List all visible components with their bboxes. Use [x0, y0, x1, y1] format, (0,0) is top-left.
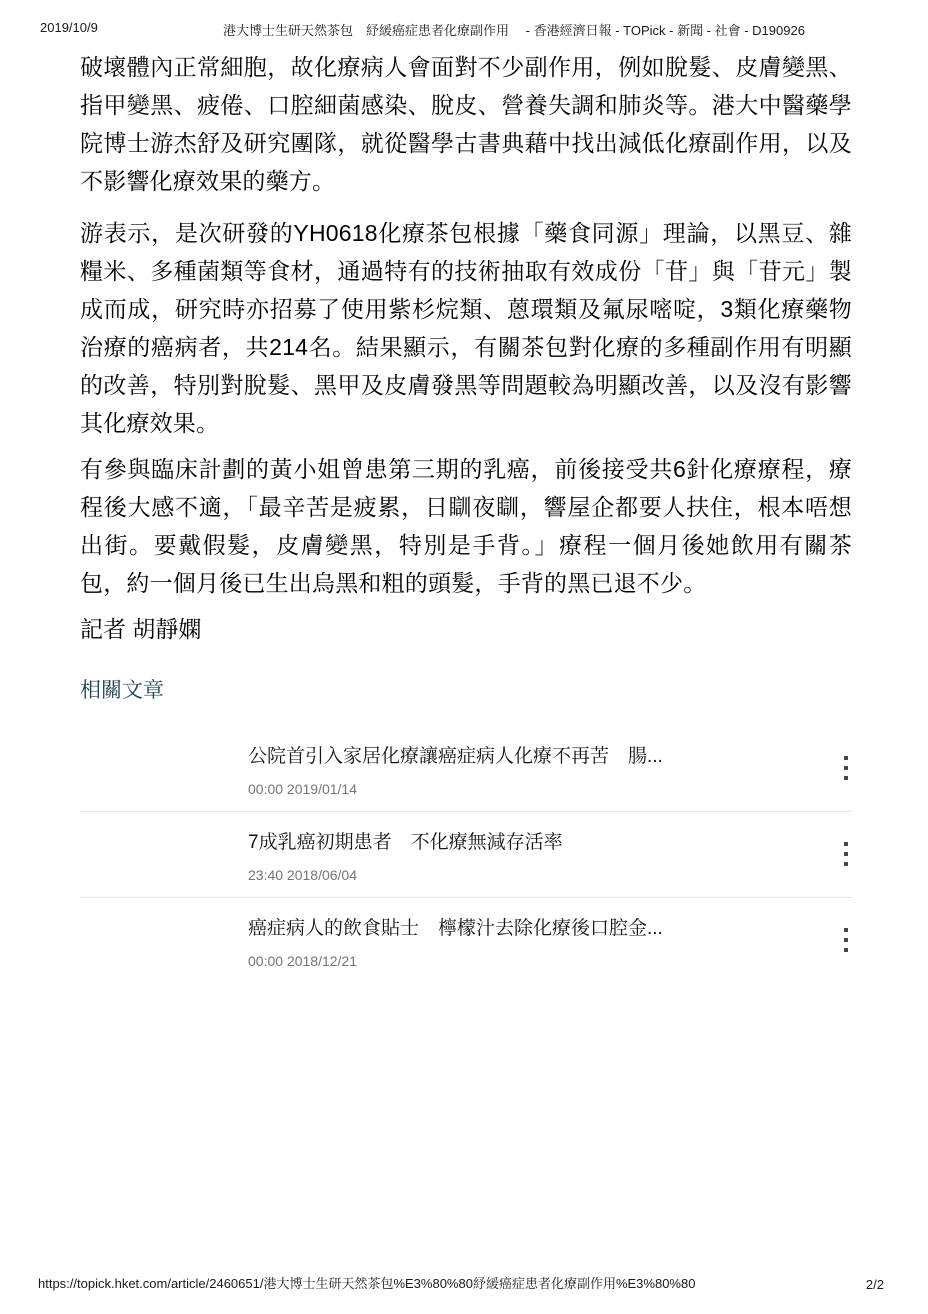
related-item-timestamp: 00:00 2018/12/21	[248, 953, 826, 969]
print-header-title: 港大博士生研天然茶包 紓緩癌症患者化療副作用 - 香港經濟日報 - TOPick…	[110, 20, 918, 39]
related-article-item[interactable]: 癌症病人的飲食貼士 檸檬汁去除化療後口腔金... 00:00 2018/12/2…	[80, 898, 852, 983]
kebab-menu-icon[interactable]	[826, 824, 852, 883]
print-footer-url: https://topick.hket.com/article/2460651/…	[38, 1273, 695, 1292]
related-item-timestamp: 23:40 2018/06/04	[248, 867, 826, 883]
kebab-menu-icon[interactable]	[826, 738, 852, 797]
related-item-title[interactable]: 7成乳癌初期患者 不化療無減存活率	[248, 830, 826, 856]
related-article-item[interactable]: 公院首引入家居化療讓癌症病人化療不再苦 腸... 00:00 2019/01/1…	[80, 726, 852, 812]
article-paragraph-2: 游表示，是次研發的YH0618化療茶包根據「藥食同源」理論，以黑豆、雜糧米、多種…	[80, 214, 852, 442]
related-item-timestamp: 00:00 2019/01/14	[248, 781, 826, 797]
related-item-content: 公院首引入家居化療讓癌症病人化療不再苦 腸... 00:00 2019/01/1…	[248, 738, 826, 797]
related-articles-heading: 相關文章	[80, 674, 164, 704]
related-item-title[interactable]: 公院首引入家居化療讓癌症病人化療不再苦 腸...	[248, 744, 826, 770]
related-item-title[interactable]: 癌症病人的飲食貼士 檸檬汁去除化療後口腔金...	[248, 916, 826, 942]
article-byline: 記者 胡靜嫻	[80, 610, 201, 648]
article-paragraph-3: 有參與臨床計劃的黃小姐曾患第三期的乳癌，前後接受共6針化療療程，療程後大感不適，…	[80, 450, 852, 602]
related-item-content: 癌症病人的飲食貼士 檸檬汁去除化療後口腔金... 00:00 2018/12/2…	[248, 910, 826, 969]
print-header-date: 2019/10/9	[40, 20, 98, 35]
related-article-item[interactable]: 7成乳癌初期患者 不化療無減存活率 23:40 2018/06/04	[80, 812, 852, 898]
article-thumbnail-placeholder	[80, 738, 248, 797]
print-footer-page-indicator: 2/2	[866, 1277, 884, 1292]
print-preview-page: 2019/10/9 港大博士生研天然茶包 紓緩癌症患者化療副作用 - 香港經濟日…	[0, 0, 928, 1314]
article-thumbnail-placeholder	[80, 910, 248, 969]
kebab-menu-icon[interactable]	[826, 910, 852, 969]
related-articles-list: 公院首引入家居化療讓癌症病人化療不再苦 腸... 00:00 2019/01/1…	[80, 726, 852, 983]
article-thumbnail-placeholder	[80, 824, 248, 883]
article-paragraph-1: 破壞體內正常細胞，故化療病人會面對不少副作用，例如脫髮、皮膚變黑、指甲變黑、疲倦…	[80, 48, 852, 200]
related-item-content: 7成乳癌初期患者 不化療無減存活率 23:40 2018/06/04	[248, 824, 826, 883]
